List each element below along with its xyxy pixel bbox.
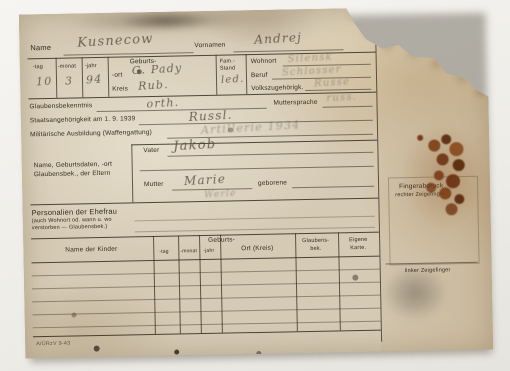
scanned-document-page: Name Kusnecow Vornamen Andrej -tag -mona… xyxy=(0,0,510,371)
birth-district-value: Rub. xyxy=(138,79,169,92)
geborene-label: geborene xyxy=(258,180,287,187)
birth-month-value: 3 xyxy=(65,75,74,86)
children-col-glaubens-1: Glaubens- xyxy=(302,239,329,245)
children-col-karte-2: Karte. xyxy=(350,246,366,252)
rule xyxy=(28,92,376,100)
table-row-line xyxy=(32,282,380,290)
birth-day-label: -tag xyxy=(33,65,43,71)
children-col-glaubens-2: bek. xyxy=(310,247,321,253)
children-name-header: Name der Kinder xyxy=(65,247,117,254)
wohnort-label: Wohnort xyxy=(251,59,277,66)
form-code: A/ÜRzV 9-43 xyxy=(36,342,70,348)
marital-status-label-2: Stand xyxy=(220,66,235,72)
children-geburts-header: Geburts- xyxy=(208,237,235,244)
birth-district-label: Kreis xyxy=(112,86,128,93)
militaerische-ausbildung-label: Militärische Ausbildung (Waffengattung) xyxy=(30,130,152,139)
volkszugehoerigkeit-label: Volkszugehörigk. xyxy=(251,85,303,93)
mutter-label: Mutter xyxy=(144,182,164,189)
grid-line xyxy=(246,54,248,94)
parents-box-top xyxy=(131,140,377,146)
birth-year-value: 94 xyxy=(86,74,103,86)
birth-place-value: G. Pady xyxy=(132,63,183,77)
children-col-jahr: -jahr xyxy=(203,249,214,254)
grid-line xyxy=(216,55,218,95)
mutter-value: Marie xyxy=(184,173,227,187)
vornamen-value-handwritten: Andrej xyxy=(254,31,302,46)
table-header-rule xyxy=(32,256,380,264)
grid-line xyxy=(108,57,110,97)
grid-line xyxy=(82,57,84,97)
staatsangehoerigkeit-value: Russl. xyxy=(188,109,233,123)
birth-place-label: -ort xyxy=(112,73,123,80)
fingerprint-right-label: rechter Zeigefinger xyxy=(395,192,445,198)
parents-section-label-1: Name, Geburtsdaten, -ort xyxy=(34,162,113,170)
children-col-ort: Ort (Kreis) xyxy=(241,246,273,253)
staatsangehoerigkeit-label: Staatsangehörigkeit am 1. 9. 1939 xyxy=(30,116,136,125)
muttersprache-label: Muttersprache xyxy=(273,100,317,107)
dirt-specks xyxy=(19,14,22,17)
table-row-line xyxy=(32,269,380,277)
birth-day-value: 10 xyxy=(36,76,53,88)
fingerprint-left-label: linker Zeigefinger xyxy=(405,268,451,274)
beruf-label: Beruf xyxy=(251,73,268,80)
table-bottom-rule xyxy=(33,330,381,338)
birth-year-label: -jahr xyxy=(85,64,97,70)
glaubensbekenntnis-label: Glaubensbekenntnis xyxy=(29,103,92,111)
children-col-tag: -tag xyxy=(159,250,169,255)
smudge-stain xyxy=(119,11,214,31)
name-label: Name xyxy=(30,44,51,52)
personnel-registration-card: Name Kusnecow Vornamen Andrej -tag -mona… xyxy=(19,6,494,359)
marital-status-value: led. xyxy=(221,75,245,86)
vater-label: Vater xyxy=(143,148,159,155)
table-row-line xyxy=(32,295,380,303)
vornamen-label: Vornamen xyxy=(194,43,225,50)
wohnort-value: Silensk xyxy=(287,53,333,65)
muttersprache-value: russ. xyxy=(326,93,357,105)
muttersprache-write-line xyxy=(323,106,373,108)
vater-write-line-2 xyxy=(140,166,374,171)
vater-value: Jakob xyxy=(173,138,217,153)
ehefrau-write-line xyxy=(135,216,375,222)
table-row-line xyxy=(32,308,380,316)
birth-month-label: -monat xyxy=(58,64,76,70)
children-col-monat: -monat xyxy=(180,249,197,254)
smudge-stain xyxy=(67,6,257,36)
name-value-handwritten: Kusnecow xyxy=(77,33,154,50)
table-row-line xyxy=(33,321,381,329)
fingerprint-title: Fingerabdruck xyxy=(399,183,443,190)
geborene-write-line xyxy=(292,186,374,189)
geborene-value: Werle xyxy=(204,190,237,201)
ehefrau-note-2: verstorben — Glaubensbek.) xyxy=(32,225,108,232)
torn-edge-singe xyxy=(19,14,23,18)
parents-box-divider xyxy=(131,144,133,202)
children-col-karte-1: Eigene xyxy=(349,238,367,244)
rust-stain-cluster xyxy=(417,135,423,141)
volkszugehoerigkeit-value: Russe xyxy=(314,78,351,90)
glaubens-write-line xyxy=(97,108,267,112)
parents-section-label-2: Glaubensbek., der Eltern xyxy=(34,171,111,179)
marital-status-label-1: Fam.- xyxy=(220,59,235,65)
ehefrau-title: Personalien der Ehefrau xyxy=(31,208,117,217)
glaubensbekenntnis-value: orth. xyxy=(146,97,179,110)
